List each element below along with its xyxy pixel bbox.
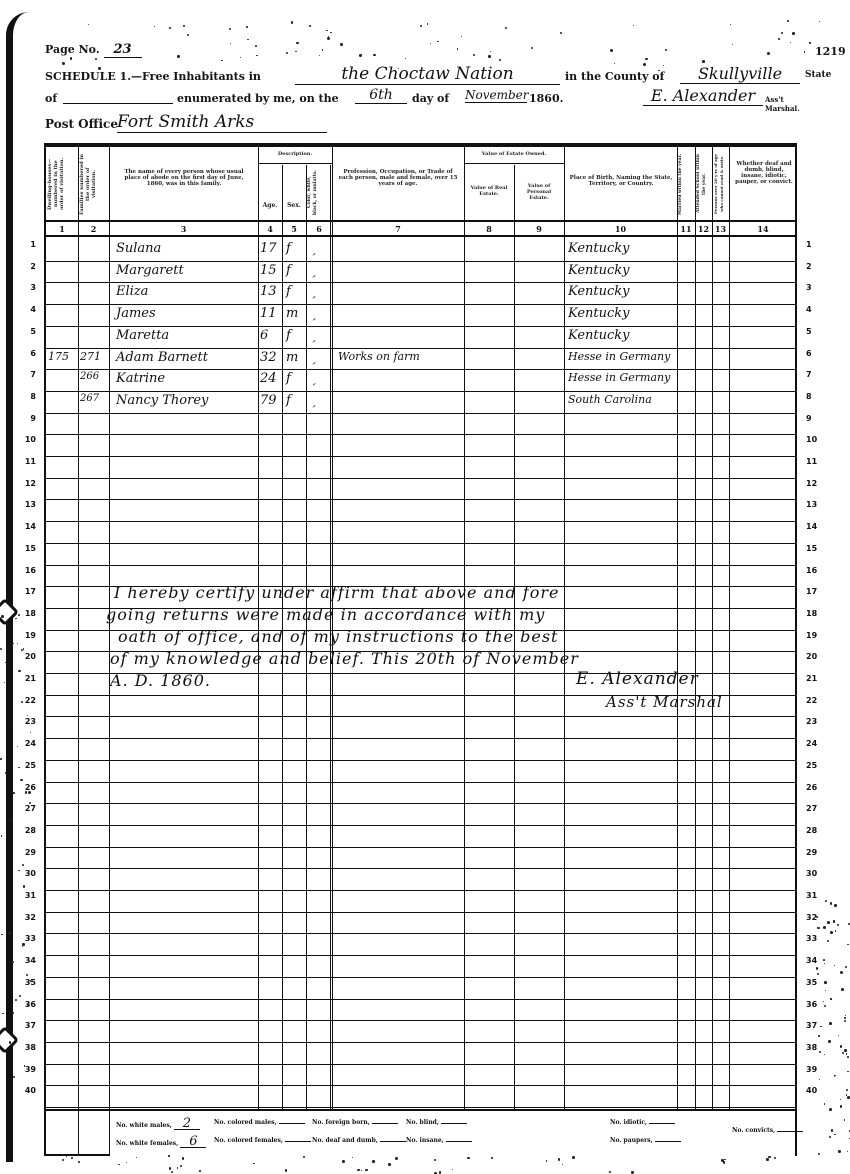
line-number-left: 21: [14, 674, 36, 683]
line-number-left: 22: [14, 696, 36, 705]
family-number: 266: [80, 371, 99, 382]
col-number: 8: [464, 224, 514, 234]
line-number-left: 40: [14, 1086, 36, 1095]
person-name: Maretta: [116, 328, 169, 343]
line-number-left: 35: [14, 978, 36, 987]
state-value-blank: [63, 103, 173, 104]
person-name: James: [116, 306, 156, 321]
paupers-label: No. paupers,: [610, 1137, 653, 1144]
row-line: [46, 977, 795, 978]
line-number-right: 7: [806, 370, 828, 379]
line-number-left: 36: [14, 1000, 36, 1009]
line-number-left: 3: [14, 283, 36, 292]
age: 17: [260, 241, 277, 256]
row-line: [46, 1020, 795, 1021]
line-number-right: 31: [806, 891, 828, 900]
age: 24: [260, 371, 277, 386]
row-line: [46, 912, 795, 913]
line-number-right: 15: [806, 544, 828, 553]
blind-label: No. blind,: [406, 1119, 439, 1126]
day-value: 6th: [355, 87, 407, 104]
col-number: 6: [306, 224, 332, 234]
insane-value: [446, 1141, 472, 1142]
row-line: [46, 521, 795, 522]
row-line: [46, 1107, 795, 1108]
idiotic-label: No. idiotic,: [610, 1119, 647, 1126]
county-label: in the County of: [565, 70, 664, 83]
occupation: Works on farm: [338, 350, 420, 363]
value-estate-group-header: Value of Estate Owned.: [464, 151, 564, 157]
row-line: [46, 565, 795, 566]
line-number-right: 27: [806, 804, 828, 813]
row-line: [46, 890, 795, 891]
birthplace: Kentucky: [568, 241, 630, 256]
line-number-right: 16: [806, 566, 828, 575]
person-name: Eliza: [116, 284, 148, 299]
group-divider: [464, 163, 564, 164]
line-number-right: 1: [806, 240, 828, 249]
row-line: [46, 825, 795, 826]
certification-line: going returns were made in accordance wi…: [106, 605, 545, 624]
table-row: Margarett 15 f Kentucky ˏ: [46, 261, 795, 283]
white-females-value: 6: [180, 1137, 206, 1148]
sex: m: [286, 306, 298, 321]
row-line: [46, 760, 795, 761]
line-number-right: 13: [806, 500, 828, 509]
right-line-numbers: 1234567891011121314151617181920212223242…: [806, 235, 830, 1105]
page-number-label: Page No. 23: [45, 42, 142, 57]
col6-header: Color, white, black, or mulatto.: [307, 169, 331, 215]
description-group-header: Description.: [258, 151, 332, 157]
line-number-left: 15: [14, 544, 36, 553]
marshal-signature: E. Alexander: [643, 86, 763, 106]
colnum-divider: [46, 235, 795, 237]
certification-line: of my knowledge and belief. This 20th of…: [110, 649, 579, 668]
sex: f: [286, 284, 291, 299]
post-office-line: Post Office Fort Smith Arks: [45, 112, 445, 134]
schedule-title: SCHEDULE 1.—Free Inhabitants in: [45, 70, 261, 83]
person-name: Margarett: [116, 263, 184, 278]
line-number-left: 18: [14, 609, 36, 618]
line-number-right: 17: [806, 587, 828, 596]
line-number-right: 10: [806, 435, 828, 444]
colored-males-value: [279, 1123, 305, 1124]
color-tick-mark: ˏ: [312, 350, 316, 366]
line-number-right: 12: [806, 479, 828, 488]
line-number-right: 2: [806, 262, 828, 271]
line-number-left: 4: [14, 305, 36, 314]
enumeration-line: of enumerated by me, on the 6th day of N…: [45, 89, 815, 109]
age: 13: [260, 284, 277, 299]
post-office-label: Post Office: [45, 117, 118, 131]
table-row: 267 Nancy Thorey 79 f South Carolina ˏ: [46, 391, 795, 413]
paupers-value: [655, 1141, 681, 1142]
birthplace: Kentucky: [568, 306, 630, 321]
col-number: 11: [677, 224, 695, 234]
line-number-left: 17: [14, 587, 36, 596]
col-number: 2: [78, 224, 109, 234]
col5-header: Sex.: [282, 203, 306, 209]
line-number-left: 14: [14, 522, 36, 531]
line-number-right: 19: [806, 631, 828, 640]
county-value: Skullyville: [680, 64, 800, 84]
birthplace: Hesse in Germany: [568, 371, 670, 384]
person-name: Adam Barnett: [116, 350, 208, 365]
table-row: 266 Katrine 24 f Hesse in Germany ˏ: [46, 369, 795, 391]
line-number-right: 4: [806, 305, 828, 314]
white-males-label: No. white males,: [116, 1122, 172, 1129]
line-number-left: 23: [14, 717, 36, 726]
col11-header: Married within the year.: [678, 151, 694, 217]
line-number-left: 33: [14, 934, 36, 943]
line-number-right: 26: [806, 783, 828, 792]
line-number-left: 28: [14, 826, 36, 835]
color-tick-mark: ˏ: [312, 306, 316, 322]
line-number-left: 20: [14, 652, 36, 661]
row-line: [46, 738, 795, 739]
colored-females-value: [285, 1141, 311, 1142]
row-line: [46, 1064, 795, 1065]
line-number-right: 14: [806, 522, 828, 531]
summary-area: No. white males, 2 No. white females, 6 …: [110, 1111, 795, 1156]
line-number-left: 10: [14, 435, 36, 444]
col-number: 12: [695, 224, 712, 234]
col-number: 9: [514, 224, 564, 234]
schedule-title-line: SCHEDULE 1.—Free Inhabitants in the Choc…: [45, 64, 815, 86]
row-line: [46, 1042, 795, 1043]
color-tick-mark: ˏ: [312, 371, 316, 387]
location-value: the Choctaw Nation: [295, 64, 560, 85]
of-label: of: [45, 92, 57, 105]
birthplace: Kentucky: [568, 263, 630, 278]
certification-line: oath of office, and of my instructions t…: [118, 627, 558, 646]
sex: m: [286, 350, 298, 365]
birthplace: South Carolina: [568, 393, 652, 406]
col14-header: Whether deaf and dumb, blind, insane, id…: [734, 161, 794, 185]
table-row: James 11 m Kentucky ˏ: [46, 304, 795, 326]
blind-value: [441, 1123, 467, 1124]
page-label: Page No.: [45, 43, 100, 56]
line-number-left: 11: [14, 457, 36, 466]
line-number-left: 12: [14, 479, 36, 488]
sex: f: [286, 263, 291, 278]
line-number-left: 8: [14, 392, 36, 401]
row-line: [46, 456, 795, 457]
col3-header: The name of every person whose usual pla…: [116, 169, 252, 187]
line-number-left: 6: [14, 349, 36, 358]
post-office-value: Fort Smith Arks: [117, 112, 327, 133]
line-number-right: 30: [806, 869, 828, 878]
colored-males-label: No. colored males,: [214, 1119, 277, 1126]
deaf-dumb-value: [380, 1141, 406, 1142]
person-name: Sulana: [116, 241, 161, 256]
line-number-right: 3: [806, 283, 828, 292]
col-number: 7: [332, 224, 464, 234]
line-number-right: 38: [806, 1043, 828, 1052]
line-number-left: 5: [14, 327, 36, 336]
line-number-left: 32: [14, 913, 36, 922]
census-table: Dwelling-houses—numbered in the order of…: [44, 143, 797, 1156]
certification-line: A. D. 1860.: [110, 671, 211, 690]
stamp-number: 1219: [815, 45, 846, 58]
left-line-numbers: 1234567891011121314151617181920212223242…: [14, 235, 38, 1105]
line-number-left: 26: [14, 783, 36, 792]
row-line: [46, 933, 795, 934]
col-number: 13: [712, 224, 729, 234]
sex: f: [286, 371, 291, 386]
color-tick-mark: ˏ: [312, 263, 316, 279]
row-line: [46, 543, 795, 544]
state-label: State: [805, 70, 831, 80]
age: 6: [260, 328, 268, 343]
line-number-left: 9: [14, 414, 36, 423]
line-number-left: 34: [14, 956, 36, 965]
table-row: Sulana 17 f Kentucky ˏ: [46, 239, 795, 261]
col4-header: Age.: [258, 203, 282, 209]
year-value: 1860.: [529, 92, 563, 105]
row-line: [46, 955, 795, 956]
line-number-left: 2: [14, 262, 36, 271]
convicts-value: [777, 1131, 803, 1132]
line-number-right: 40: [806, 1086, 828, 1095]
line-number-left: 27: [14, 804, 36, 813]
line-number-left: 24: [14, 739, 36, 748]
col-number: 10: [564, 224, 677, 234]
line-number-right: 29: [806, 848, 828, 857]
line-number-right: 28: [806, 826, 828, 835]
line-number-left: 1: [14, 240, 36, 249]
birthplace: Kentucky: [568, 284, 630, 299]
line-number-right: 20: [806, 652, 828, 661]
line-number-right: 33: [806, 934, 828, 943]
line-number-left: 31: [14, 891, 36, 900]
person-name: Nancy Thorey: [116, 393, 208, 408]
col10-header: Place of Birth, Naming the State, Territ…: [568, 175, 674, 187]
line-number-right: 5: [806, 327, 828, 336]
line-number-right: 23: [806, 717, 828, 726]
col-number: 4: [258, 224, 282, 234]
insane-label: No. insane,: [406, 1137, 444, 1144]
idiotic-value: [649, 1123, 675, 1124]
line-number-right: 11: [806, 457, 828, 466]
line-number-right: 22: [806, 696, 828, 705]
row-line: [46, 478, 795, 479]
row-line: [46, 847, 795, 848]
deaf-dumb-label: No. deaf and dumb,: [312, 1137, 378, 1144]
color-tick-mark: ˏ: [312, 328, 316, 344]
col1-header: Dwelling-houses—numbered in the order of…: [47, 153, 77, 215]
header-divider: [46, 220, 795, 222]
line-number-right: 37: [806, 1021, 828, 1030]
enumerated-label: enumerated by me, on the: [177, 92, 339, 105]
line-number-left: 25: [14, 761, 36, 770]
certification-block: I hereby certify under affirm that above…: [46, 583, 795, 723]
col-number: 5: [282, 224, 306, 234]
line-number-right: 8: [806, 392, 828, 401]
certification-title: Ass't Marshal: [606, 693, 723, 711]
age: 15: [260, 263, 277, 278]
line-number-right: 6: [806, 349, 828, 358]
col-number: 1: [46, 224, 78, 234]
color-tick-mark: ˏ: [312, 393, 316, 409]
table-row: Eliza 13 f Kentucky ˏ: [46, 282, 795, 304]
foreign-born-label: No. foreign born,: [312, 1119, 370, 1126]
line-number-left: 39: [14, 1065, 36, 1074]
col13-header: Persons over 20 y'rs of age who cannot r…: [713, 151, 729, 217]
row-line: [46, 803, 795, 804]
row-line: [46, 782, 795, 783]
line-number-left: 7: [14, 370, 36, 379]
row-line: [46, 868, 795, 869]
marshal-label: Ass't Marshal.: [765, 95, 815, 113]
col2-header: Families numbered in the order of visita…: [79, 153, 108, 215]
line-number-right: 25: [806, 761, 828, 770]
line-number-left: 37: [14, 1021, 36, 1030]
line-number-right: 21: [806, 674, 828, 683]
row-line: [46, 499, 795, 500]
day-of-label: day of: [412, 92, 449, 105]
age: 11: [260, 306, 277, 321]
row-line: [46, 1085, 795, 1086]
line-number-left: 16: [14, 566, 36, 575]
color-tick-mark: ˏ: [312, 284, 316, 300]
dwelling-number: 175: [48, 350, 69, 363]
certification-signature: E. Alexander: [576, 669, 699, 689]
page-number: 23: [104, 42, 142, 58]
row-line: [46, 999, 795, 1000]
certification-line: I hereby certify under affirm that above…: [114, 583, 559, 602]
white-males-value: 2: [174, 1119, 200, 1130]
sex: f: [286, 328, 291, 343]
line-number-left: 38: [14, 1043, 36, 1052]
white-females-label: No. white females,: [116, 1140, 178, 1147]
line-number-right: 32: [806, 913, 828, 922]
convicts-label: No. convicts,: [732, 1127, 775, 1134]
col12-header: Attended School within the year.: [696, 151, 712, 217]
line-number-left: 29: [14, 848, 36, 857]
person-name: Katrine: [116, 371, 165, 386]
foreign-born-value: [372, 1123, 398, 1124]
family-number: 271: [80, 350, 101, 363]
line-number-right: 34: [806, 956, 828, 965]
data-rows: Sulana 17 f Kentucky ˏ Margarett 15 f Ke…: [46, 239, 795, 439]
line-number-left: 13: [14, 500, 36, 509]
line-number-right: 18: [806, 609, 828, 618]
line-number-right: 35: [806, 978, 828, 987]
line-number-left: 30: [14, 869, 36, 878]
birthplace: Hesse in Germany: [568, 350, 670, 363]
sex: f: [286, 241, 291, 256]
col-number: 3: [109, 224, 258, 234]
col7-header: Profession, Occupation, or Trade of each…: [336, 169, 460, 187]
line-number-right: 36: [806, 1000, 828, 1009]
col9-header: Value of Personal Estate.: [518, 183, 560, 201]
group-divider: [258, 163, 332, 164]
birthplace: Kentucky: [568, 328, 630, 343]
sex: f: [286, 393, 291, 408]
line-number-right: 39: [806, 1065, 828, 1074]
age: 79: [260, 393, 277, 408]
table-row: 175 271 Adam Barnett 32 m Works on farm …: [46, 348, 795, 370]
colored-females-label: No. colored females,: [214, 1137, 283, 1144]
age: 32: [260, 350, 277, 365]
col-number: 14: [729, 224, 797, 234]
col8-header: Value of Real Estate.: [468, 185, 510, 197]
table-row: Maretta 6 f Kentucky ˏ: [46, 326, 795, 348]
family-number: 267: [80, 393, 99, 404]
line-number-right: 9: [806, 414, 828, 423]
color-tick-mark: ˏ: [312, 241, 316, 257]
line-number-left: 19: [14, 631, 36, 640]
line-number-right: 24: [806, 739, 828, 748]
month-value: November: [465, 88, 527, 103]
